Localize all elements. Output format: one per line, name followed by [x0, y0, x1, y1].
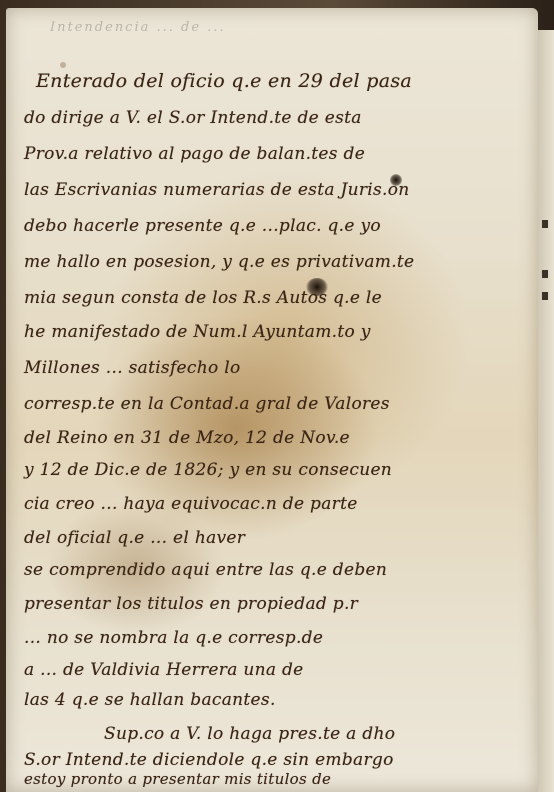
- text-line: Enterado del oficio q.e en 29 del pasa: [36, 70, 524, 92]
- text-line: ... no se nombra la q.e corresp.de: [24, 628, 524, 648]
- text-line: me hallo en posesion, y q.e es privativa…: [24, 252, 524, 272]
- text-line: las 4 q.e se hallan bacantes.: [24, 690, 524, 710]
- text-line: presentar los titulos en propiedad p.r: [24, 594, 524, 614]
- text-line: las Escrivanias numerarias de esta Juris…: [24, 180, 524, 200]
- manuscript-text: Enterado del oficio q.e en 29 del pasa d…: [6, 8, 538, 792]
- text-line: he manifestado de Num.l Ayuntam.to y: [24, 322, 524, 342]
- text-line: y 12 de Dic.e de 1826; y en su consecuen: [24, 460, 524, 480]
- text-line: corresp.te en la Contad.a gral de Valore…: [24, 394, 524, 414]
- page-edge-mark: [542, 292, 548, 300]
- text-line: mia segun consta de los R.s Autos q.e le: [24, 288, 524, 308]
- text-line: a ... de Valdivia Herrera una de: [24, 660, 524, 680]
- text-line: estoy pronto a presentar mis titulos de: [24, 770, 524, 788]
- text-line: cia creo ... haya equivocac.n de parte: [24, 494, 524, 514]
- text-line: Sup.co a V. lo haga pres.te a dho: [104, 724, 524, 744]
- text-line: se comprendido aqui entre las q.e deben: [24, 560, 524, 580]
- text-line: del Reino en 31 de Mzo, 12 de Nov.e: [24, 428, 524, 448]
- text-line: do dirige a V. el S.or Intend.te de esta: [24, 108, 524, 128]
- adjacent-page-edge: [537, 30, 554, 792]
- text-line: Millones ... satisfecho lo: [24, 358, 524, 378]
- text-line: del oficial q.e ... el haver: [24, 528, 524, 548]
- text-line: Prov.a relativo al pago de balan.tes de: [24, 144, 524, 164]
- manuscript-page: Intendencia ... de ... Enterado del ofic…: [6, 8, 538, 792]
- text-line: debo hacerle presente q.e ...plac. q.e y…: [24, 216, 524, 236]
- page-edge-mark: [542, 220, 548, 228]
- text-line: S.or Intend.te diciendole q.e sin embarg…: [24, 750, 524, 770]
- page-edge-mark: [542, 270, 548, 278]
